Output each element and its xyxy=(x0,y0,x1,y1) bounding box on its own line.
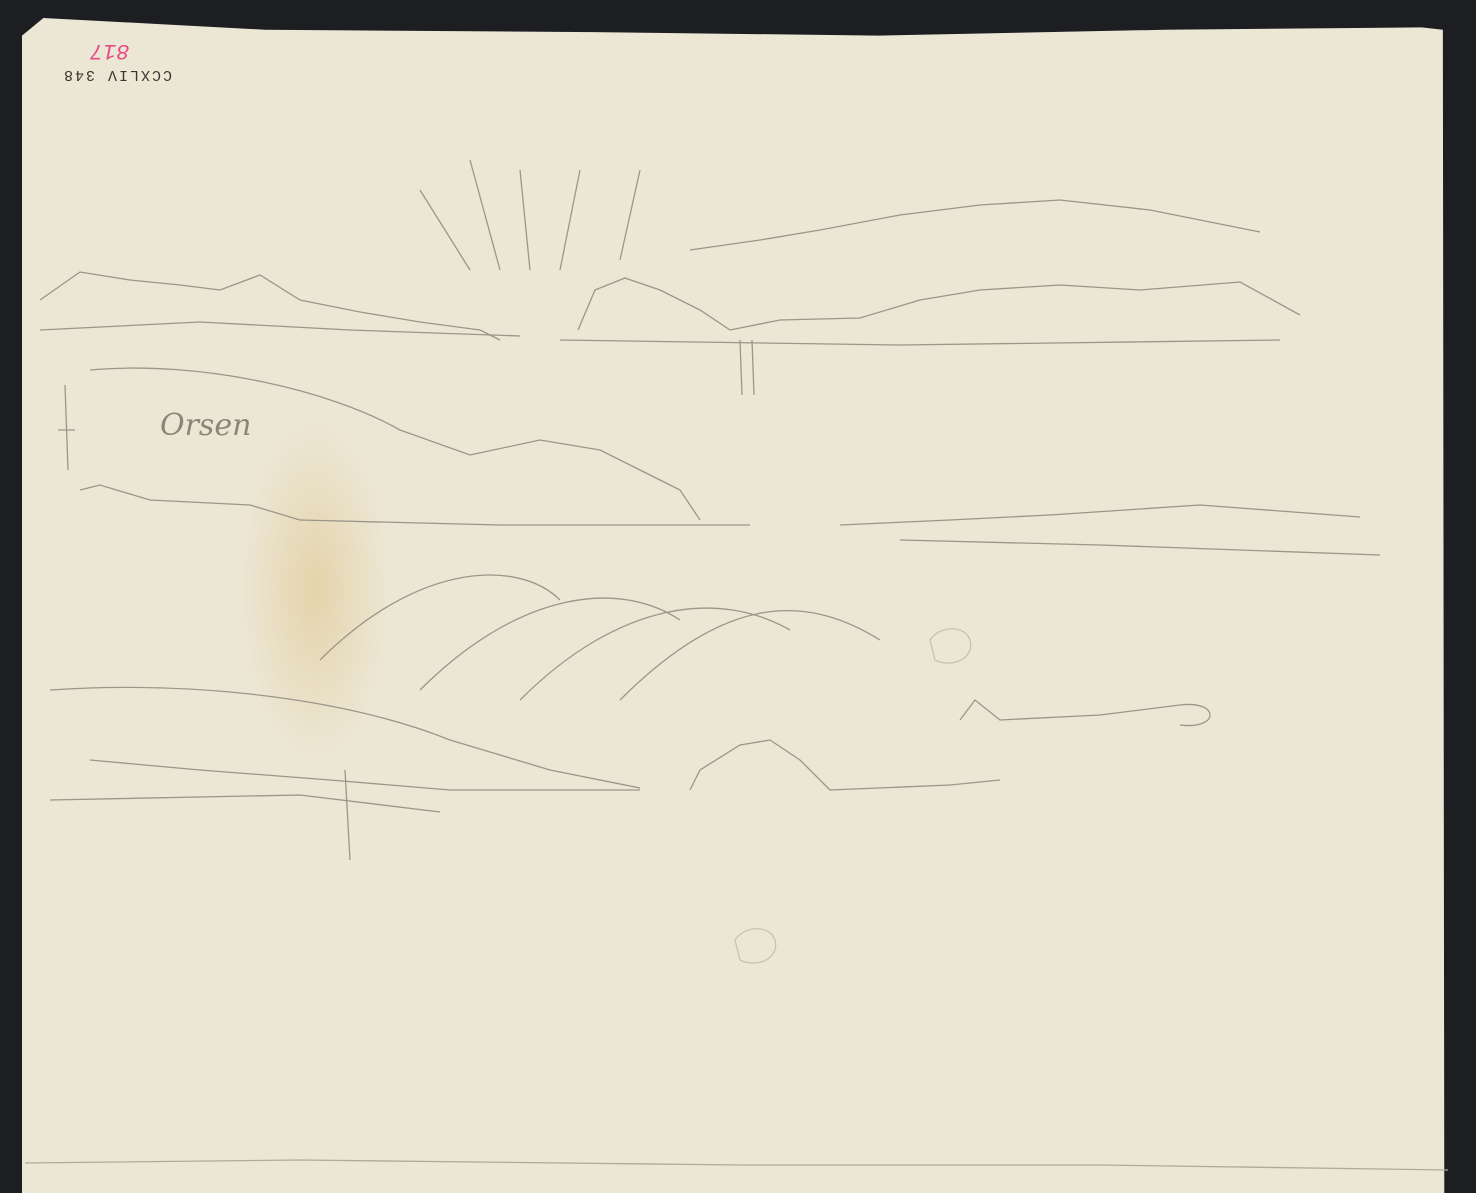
pencil-sketch-lines xyxy=(0,0,1476,1193)
